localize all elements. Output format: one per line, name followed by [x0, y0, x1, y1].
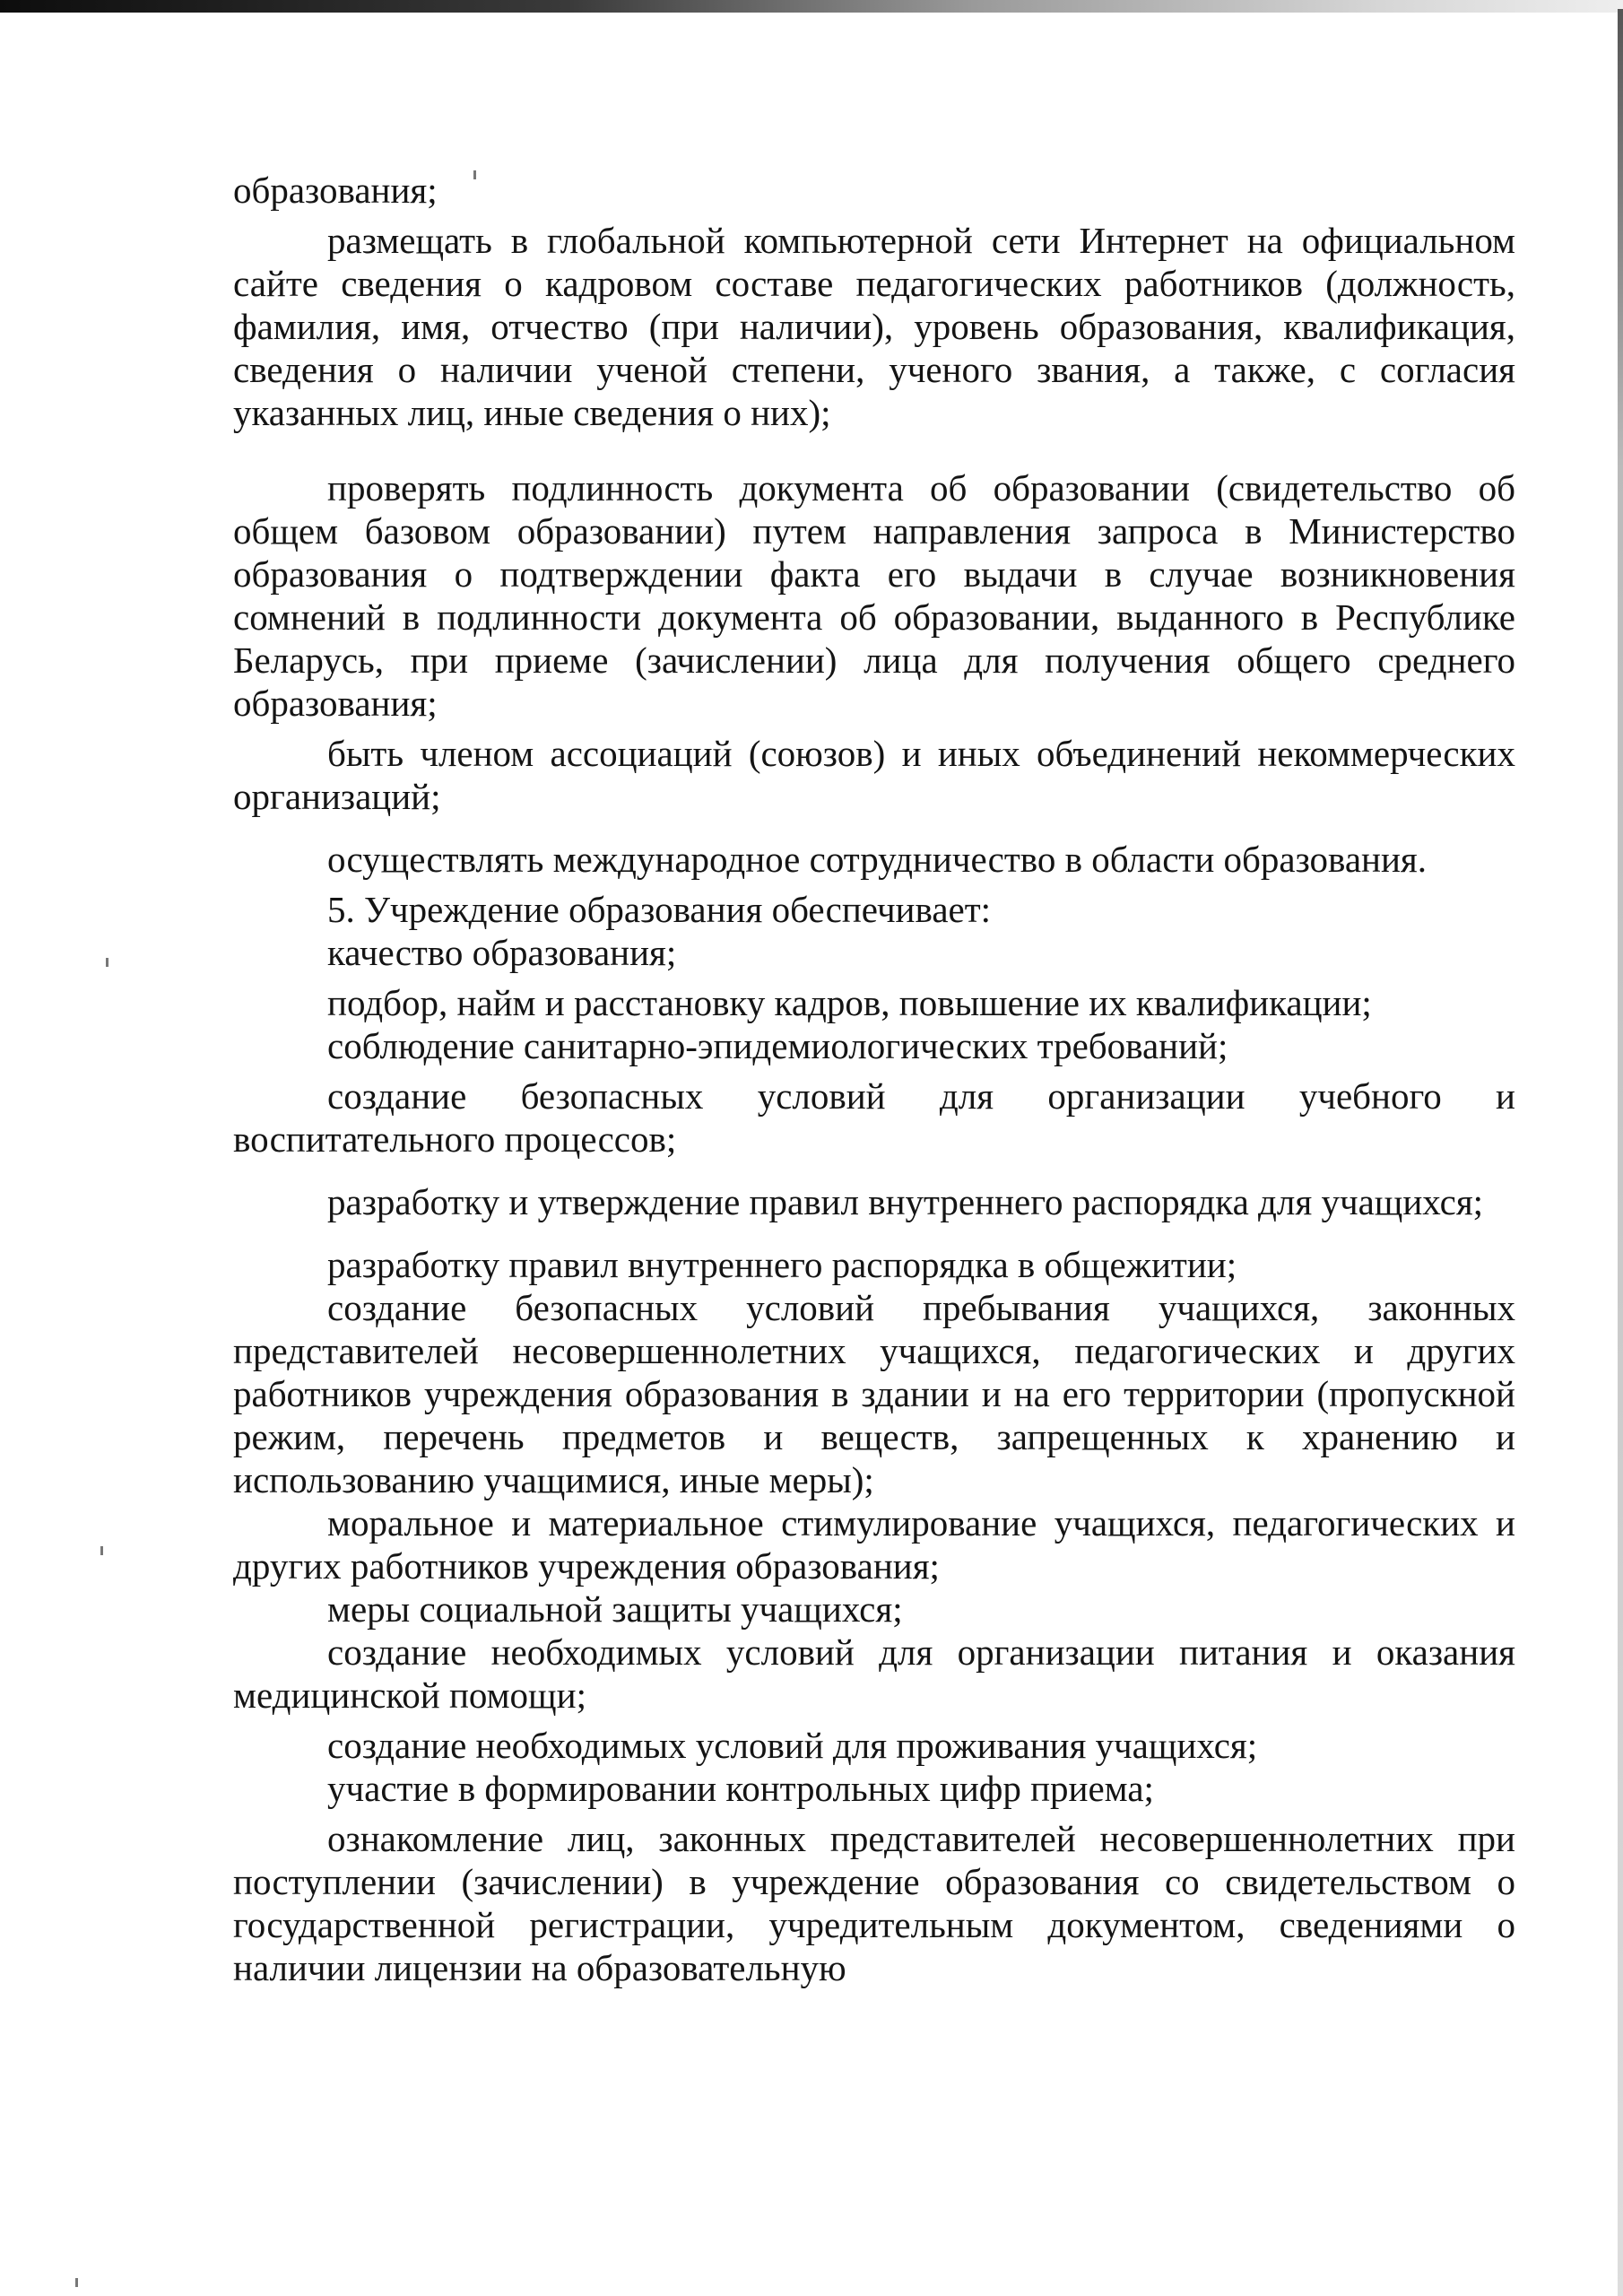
list-item: участие в формировании контрольных цифр … [233, 1767, 1515, 1810]
paragraph: быть членом ассоциаций (союзов) и иных о… [233, 732, 1515, 818]
document-page: образования; размещать в глобальной комп… [233, 161, 1515, 1989]
list-item: соблюдение санитарно-эпидемиологических … [233, 1024, 1515, 1067]
list-item: разработку правил внутреннего распорядка… [233, 1243, 1515, 1286]
section-heading: 5. Учреждение образования обеспечивает: [233, 888, 1515, 931]
scan-speck [106, 958, 108, 967]
paragraph: проверять подлинность документа об образ… [233, 466, 1515, 725]
list-item: создание безопасных условий пребывания у… [233, 1286, 1515, 1501]
list-item: разработку и утверждение правил внутренн… [233, 1180, 1515, 1223]
list-item: создание необходимых условий для прожива… [233, 1724, 1515, 1767]
list-item: ознакомление лиц, законных представителе… [233, 1817, 1515, 1989]
paragraph: размещать в глобальной компьютерной сети… [233, 219, 1515, 434]
paragraph: осуществлять международное сотрудничеств… [233, 838, 1515, 881]
list-item: создание необходимых условий для организ… [233, 1631, 1515, 1717]
list-item: моральное и материальное стимулирование … [233, 1501, 1515, 1587]
scan-border-top [0, 0, 1623, 13]
scan-border-right [1618, 9, 1623, 2296]
list-item: подбор, найм и расстановку кадров, повыш… [233, 981, 1515, 1024]
scan-speck [100, 1546, 103, 1555]
scan-speck [75, 2278, 78, 2287]
list-item: меры социальной защиты учащихся; [233, 1587, 1515, 1631]
list-item: качество образования; [233, 931, 1515, 974]
paragraph: образования; [233, 169, 1515, 212]
list-item: создание безопасных условий для организа… [233, 1074, 1515, 1161]
